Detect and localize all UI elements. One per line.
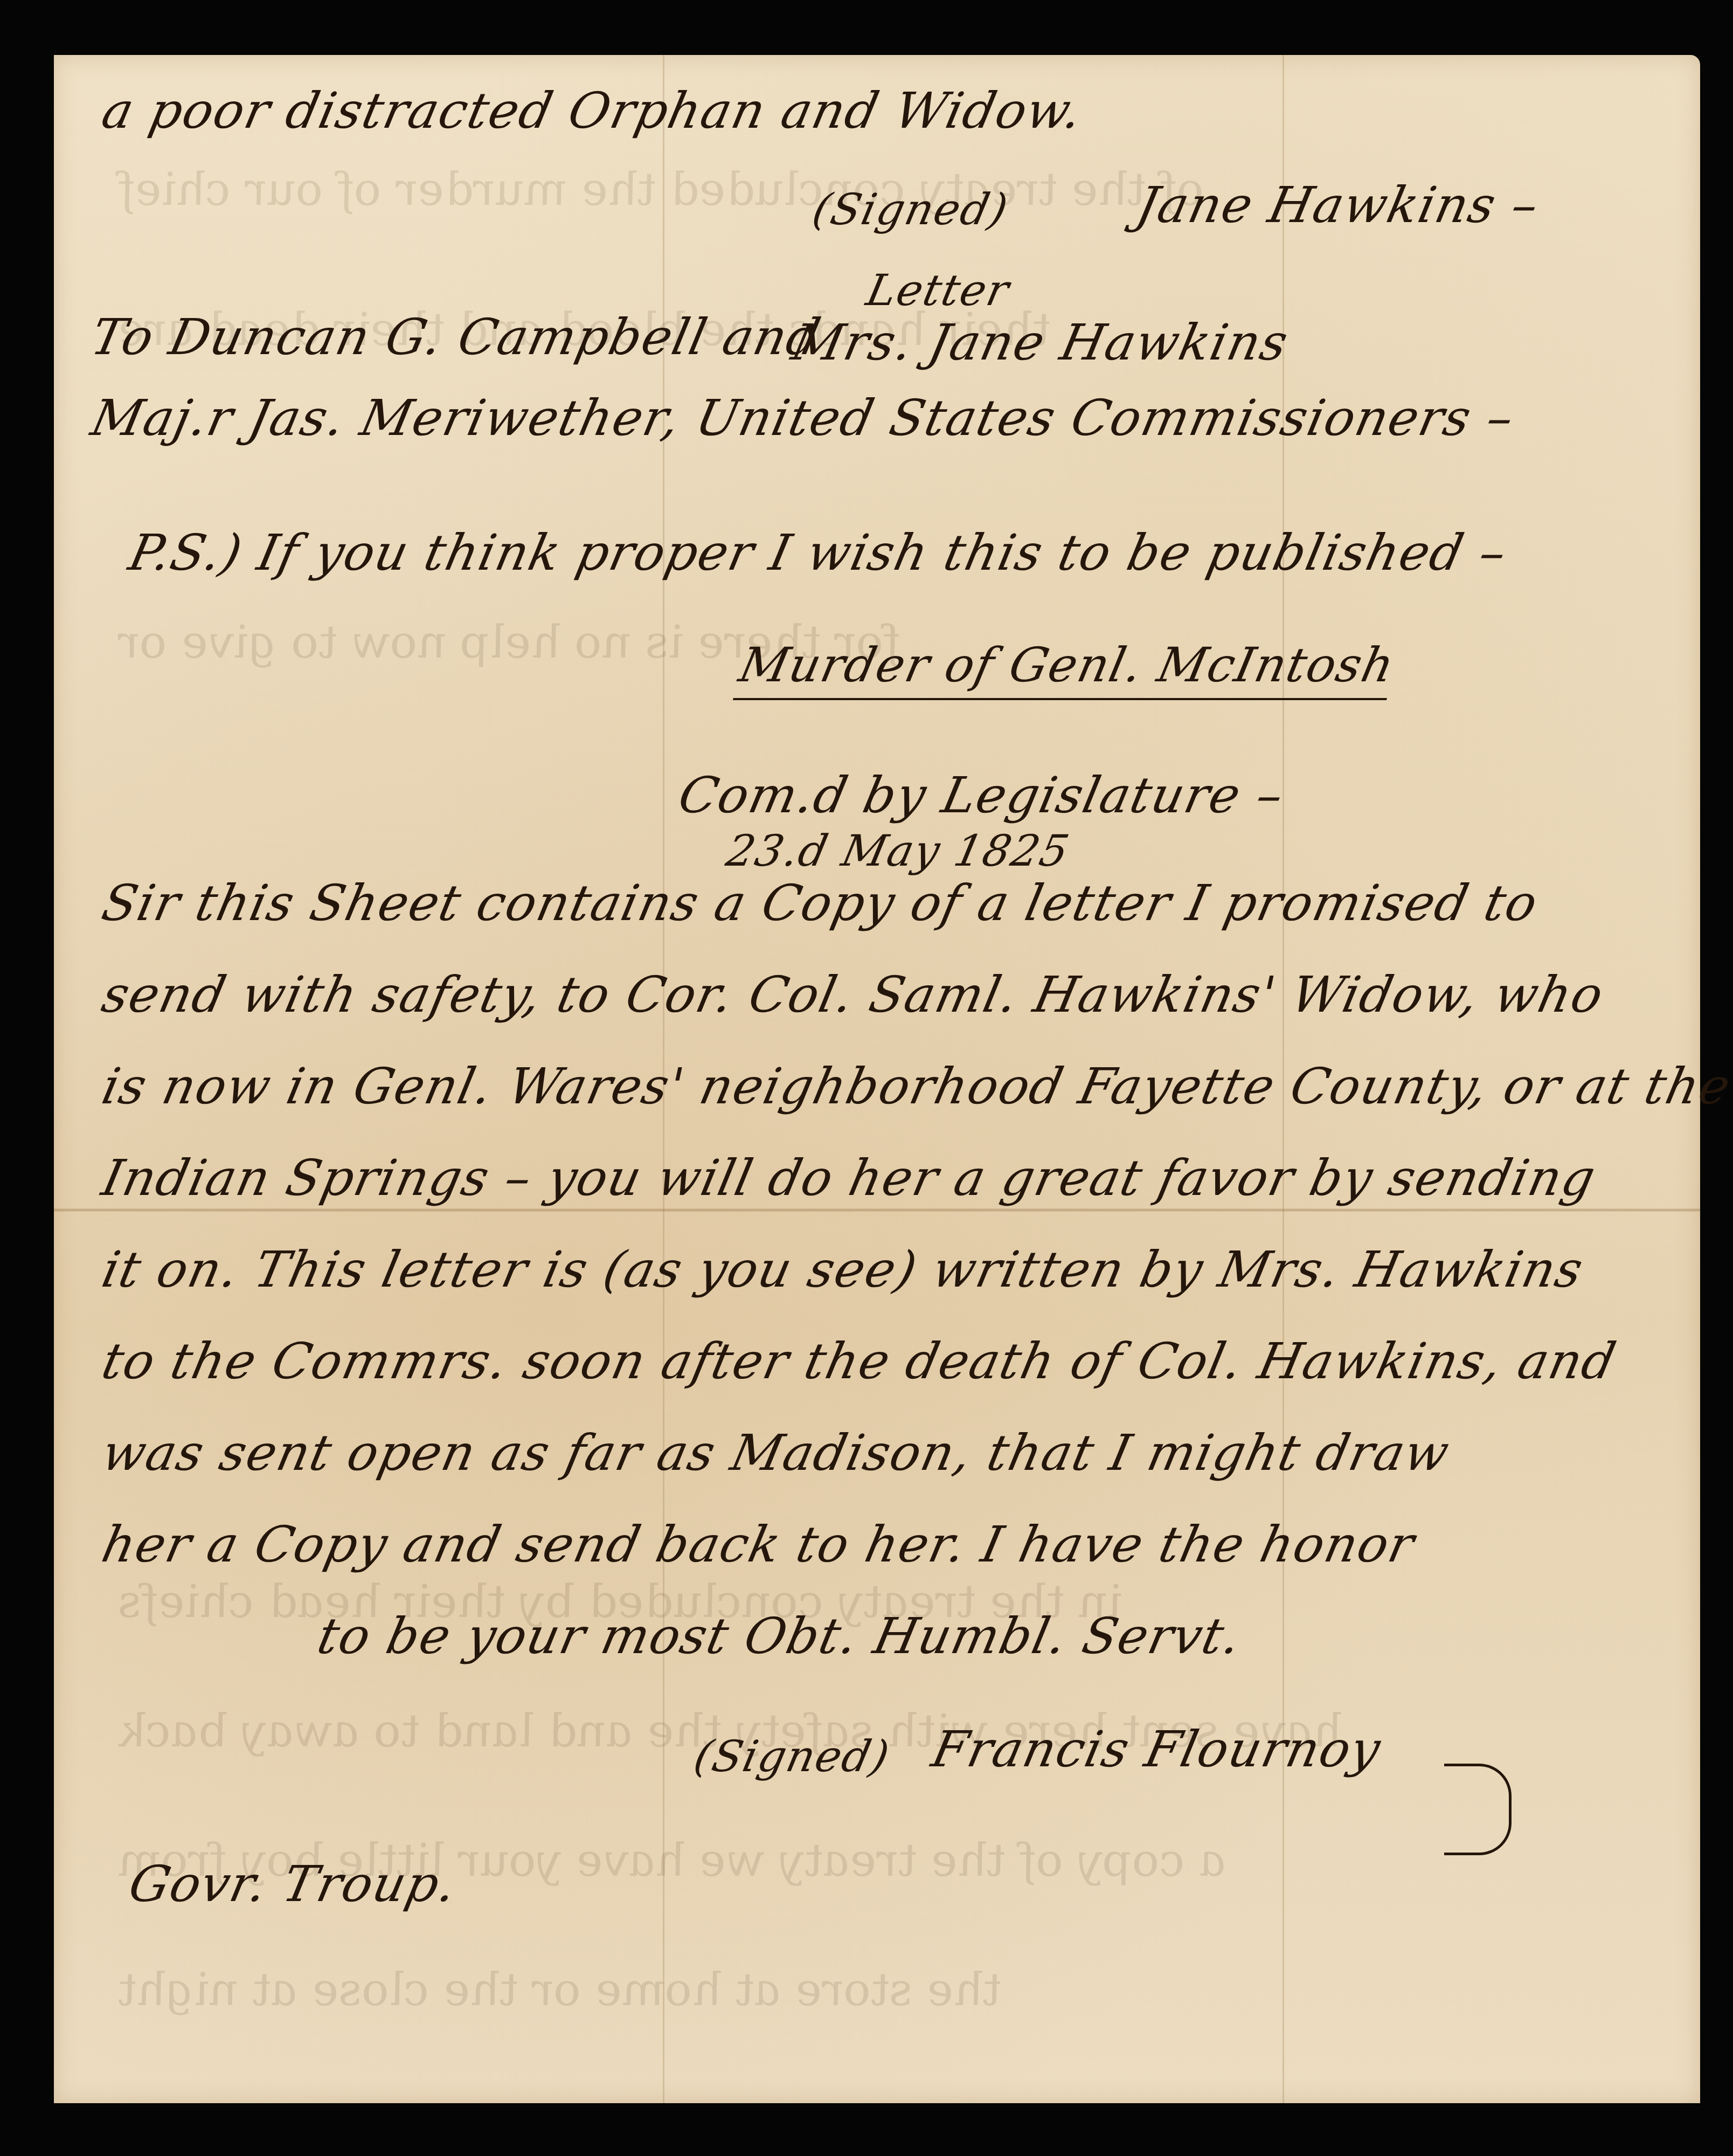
body-line: it on. This letter is (as you see) writt… [97,1241,1589,1298]
signature-jane-hawkins: Jane Hawkins – [1132,176,1544,234]
letter-paper: of the treaty concluded the murder of ou… [54,55,1700,2103]
signed-label: (Signed) [808,184,1013,234]
postscript: P.S.) If you think proper I wish this to… [124,524,1512,582]
body-line: her a Copy and send back to her. I have … [97,1516,1420,1573]
recipient-gov-troup: Govr. Troup. [124,1855,462,1913]
bleed-through-text: of the treaty concluded the murder of ou… [113,163,1210,216]
closing-line: a poor distracted Orphan and Widow. [97,82,1088,140]
body-line: send with safety, to Cor. Col. Saml. Haw… [97,966,1609,1024]
body-line: Sir this Sheet contains a Copy of a lett… [97,874,1543,932]
docket-label-bottom: Mrs. Jane Hawkins [787,314,1294,371]
body-line: is now in Genl. Wares' neighborhood Faye… [97,1058,1733,1115]
letter-date: 23.d May 1825 [722,826,1074,876]
body-line: Indian Springs – you will do her a great… [97,1149,1601,1207]
signature-francis-flournoy: Francis Flournoy [927,1720,1387,1778]
fold-line-horizontal [54,1208,1700,1212]
addressee-line-1: To Duncan G. Campbell and [86,308,826,366]
body-line-closing: to be your most Obt. Humbl. Servt. [313,1607,1247,1665]
body-line: to the Commrs. soon after the death of C… [97,1332,1621,1390]
bleed-through-text: the store at home or the close at night [113,1963,1007,2016]
communicated-by-legislature: Com.d by Legislature – [674,766,1289,824]
signed-label-2: (Signed) [690,1731,895,1781]
heading-murder-of-mcintosh: Murder of Genl. McIntosh [733,637,1400,700]
docket-label-top: Letter [862,265,1014,315]
signature-flourish [1444,1764,1512,1855]
body-line: was sent open as far as Madison, that I … [97,1424,1455,1482]
addressee-line-2: Maj.r Jas. Meriwether, United States Com… [86,389,1520,447]
